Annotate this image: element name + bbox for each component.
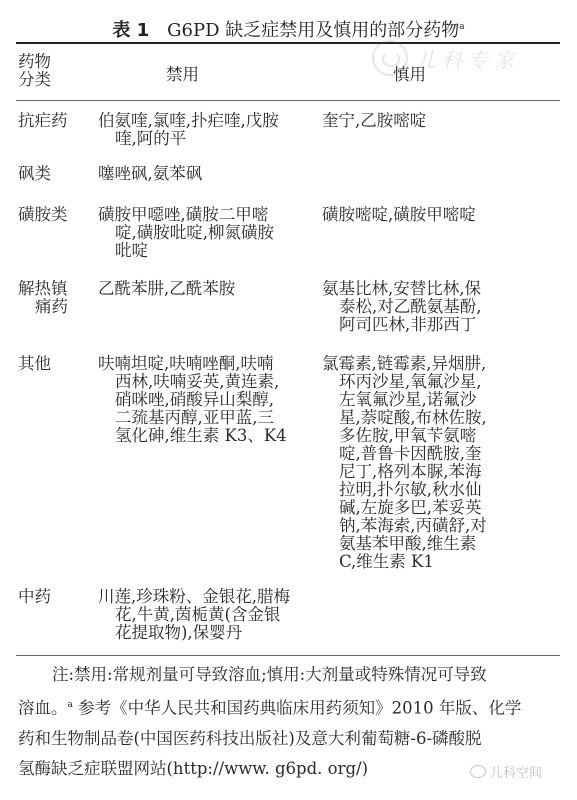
header-caution: 慎用 [393, 66, 426, 84]
cell-line: 伯氨喹,氯喹,扑疟喹,戊胺 [98, 112, 298, 130]
wechat-watermark: 儿科空间 [470, 762, 542, 781]
row-forbidden-antimalarial: 伯氨喹,氯喹,扑疟喹,戊胺 喹,阿的平 [98, 112, 298, 148]
cell-line: 氨基比林,安替比林,保 [322, 280, 534, 298]
cell-line: 西林,呋喃妥英,黄连素, [98, 373, 298, 391]
table-title-text: G6PD 缺乏症禁用及慎用的部分药物 [167, 20, 459, 41]
row-caution-sulfonamides: 磺胺嘧啶,磺胺甲嘧啶 [322, 206, 534, 224]
cell-line: 啶,磺胺吡啶,柳氮磺胺 [98, 224, 298, 242]
cell-line: 二巯基丙醇,亚甲蓝,三 [98, 409, 298, 427]
cell-line: 尼丁,格列本脲,苯海 [322, 463, 534, 481]
category-text: 中药 [18, 587, 51, 606]
row-forbidden-antipyretic-analgesic: 乙酰苯肼,乙酰苯胺 [98, 280, 298, 298]
cell-line: 星,萘啶酸,布林佐胺, [322, 409, 534, 427]
cell-line: 喹,阿的平 [98, 130, 298, 148]
header-rule [16, 100, 560, 101]
bottom-rule [16, 655, 560, 656]
note-text: 溶血。 [18, 699, 68, 718]
note-line: 溶血。a 参考《中华人民共和国药典临床用药须知》2010 年版、化学 [18, 690, 558, 724]
category-text: 其他 [18, 354, 51, 373]
header-category-line1: 药物 [18, 53, 62, 71]
category-text: 抗疟药 [18, 111, 68, 130]
note-line: 药和生物制品卷(中国医药科技出版社)及意大利葡萄糖-6-磷酸脱 [18, 724, 558, 754]
cell-line: C,维生素 K1 [322, 553, 534, 571]
row-category-sulfones: 砜类 [18, 165, 88, 183]
row-forbidden-other: 呋喃坦啶,呋喃唑酮,呋喃 西林,呋喃妥英,黄连素, 硝咪唑,硝酸异山梨醇, 二巯… [98, 355, 298, 445]
cell-line: 呋喃坦啶,呋喃唑酮,呋喃 [98, 355, 298, 373]
cell-line: 花提取物),保婴丹 [98, 624, 298, 642]
row-category-antimalarial: 抗疟药 [18, 112, 88, 130]
header-forbidden: 禁用 [166, 66, 199, 84]
cell-line: 阿司匹林,非那西丁 [322, 316, 534, 334]
category-text: 痛药 [18, 298, 88, 316]
row-category-sulfonamides: 磺胺类 [18, 206, 88, 224]
category-text: 解热镇 [18, 280, 88, 298]
cell-line: 乙酰苯肼,乙酰苯胺 [98, 280, 298, 298]
watermark-script: 儿科专家 [416, 44, 520, 73]
cell-line: 啶,普鲁卡因酰胺,奎 [322, 445, 534, 463]
header-category: 药物 分类 [18, 53, 62, 89]
row-caution-other: 氯霉素,链霉素,异烟肼, 环丙沙星,氧氟沙星, 左氧氟沙星,诺氟沙 星,萘啶酸,… [322, 355, 534, 571]
row-caution-antipyretic-analgesic: 氨基比林,安替比林,保 泰松,对乙酰氨基酚, 阿司匹林,非那西丁 [322, 280, 534, 334]
row-category-antipyretic-analgesic: 解热镇 痛药 [18, 280, 88, 316]
row-forbidden-sulfones: 噻唑砜,氨苯砜 [98, 165, 298, 183]
cell-line: 川莲,珍珠粉、金银花,腊梅 [98, 588, 298, 606]
cell-line: 硝咪唑,硝酸异山梨醇, [98, 391, 298, 409]
header-category-line2: 分类 [18, 71, 62, 89]
cell-line: 磺胺嘧啶,磺胺甲嘧啶 [322, 206, 534, 224]
cell-line: 噻唑砜,氨苯砜 [98, 165, 298, 183]
cell-line: 氯霉素,链霉素,异烟肼, [322, 355, 534, 373]
note-text: 参考《中华人民共和国药典临床用药须知》2010 年版、化学 [78, 699, 521, 718]
row-forbidden-sulfonamides: 磺胺甲噁唑,磺胺二甲嘧 啶,磺胺吡啶,柳氮磺胺 吡啶 [98, 206, 298, 260]
wechat-watermark-text: 儿科空间 [490, 766, 542, 781]
cell-line: 左氧氟沙星,诺氟沙 [322, 391, 534, 409]
cell-line: 泰松,对乙酰氨基酚, [322, 298, 534, 316]
note-footnote-marker: a [68, 700, 73, 710]
cell-line: 花,牛黄,茵栀黄(含金银 [98, 606, 298, 624]
cell-line: 拉明,扑尔敏,秋水仙 [322, 481, 534, 499]
category-text: 砜类 [18, 164, 51, 183]
title-footnote-marker: a [459, 22, 464, 32]
table-number: 表 1 [112, 20, 149, 41]
cell-line: 碱,左旋多巴,苯妥英 [322, 499, 534, 517]
category-text: 磺胺类 [18, 205, 68, 224]
note-line: 注:禁用:常规剂量可导致溶血;慎用:大剂量或特殊情况可导致 [18, 660, 558, 690]
cell-line: 磺胺甲噁唑,磺胺二甲嘧 [98, 206, 298, 224]
wechat-icon [470, 765, 486, 778]
cell-line: 氨基苯甲酸,维生素 [322, 535, 534, 553]
cell-line: 氢化砷,维生素 K3、K4 [98, 427, 298, 445]
row-category-chinese-medicine: 中药 [18, 588, 88, 606]
cell-line: 钠,苯海索,丙磺舒,对 [322, 517, 534, 535]
cell-line: 多佐胺,甲氧苄氨嘧 [322, 427, 534, 445]
row-forbidden-chinese-medicine: 川莲,珍珠粉、金银花,腊梅 花,牛黄,茵栀黄(含金银 花提取物),保婴丹 [98, 588, 298, 642]
cell-line: 奎宁,乙胺嘧啶 [322, 112, 534, 130]
cell-line: 吡啶 [98, 242, 298, 260]
row-category-other: 其他 [18, 355, 88, 373]
row-caution-antimalarial: 奎宁,乙胺嘧啶 [322, 112, 534, 130]
cell-line: 环丙沙星,氧氟沙星, [322, 373, 534, 391]
